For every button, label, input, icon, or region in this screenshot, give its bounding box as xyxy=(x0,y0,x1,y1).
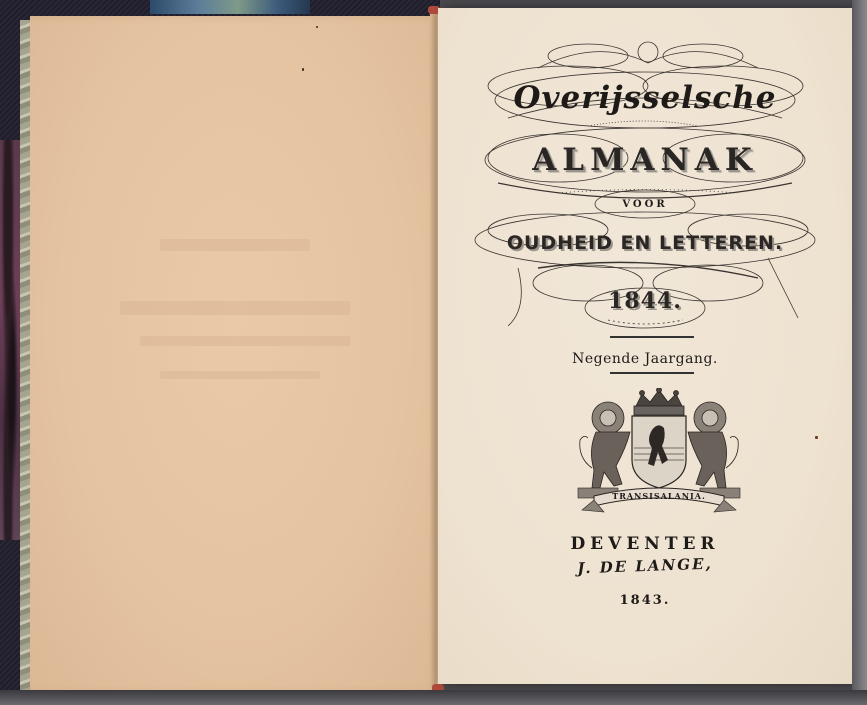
paper-speck xyxy=(302,68,304,71)
imprint-publisher: J. DE LANGE, xyxy=(438,550,852,582)
paper-speck xyxy=(815,436,818,439)
coat-of-arms-icon: TRANSISALANIA. xyxy=(574,388,744,518)
rule-above-edition xyxy=(610,336,694,338)
left-page-verso xyxy=(30,16,440,692)
marbled-cover-top xyxy=(150,0,310,14)
show-through-line xyxy=(140,336,350,346)
title-overysselsche: Overijsselsche xyxy=(438,80,852,116)
rule-below-edition xyxy=(610,372,694,374)
scan-edge-shadow-right xyxy=(852,0,867,705)
show-through-line xyxy=(120,301,350,315)
paper-speck xyxy=(316,26,318,28)
crest-motto: TRANSISALANIA. xyxy=(612,491,706,501)
title-page: Overijsselsche ALMANAK VOOR OUDHEID EN L… xyxy=(438,8,852,684)
show-through-line xyxy=(160,371,320,379)
title-oudheid-en-letteren: OUDHEID EN LETTEREN. xyxy=(438,232,852,254)
title-year: 1844. xyxy=(438,288,852,314)
scan-edge-shadow-bottom xyxy=(0,690,867,705)
imprint-year: 1843. xyxy=(438,593,852,608)
title-almanak: ALMANAK xyxy=(438,142,852,178)
show-through-line xyxy=(160,239,310,251)
edition-line: Negende Jaargang. xyxy=(438,351,852,367)
marbled-cover-left xyxy=(0,140,20,540)
title-voor: VOOR xyxy=(438,199,852,210)
